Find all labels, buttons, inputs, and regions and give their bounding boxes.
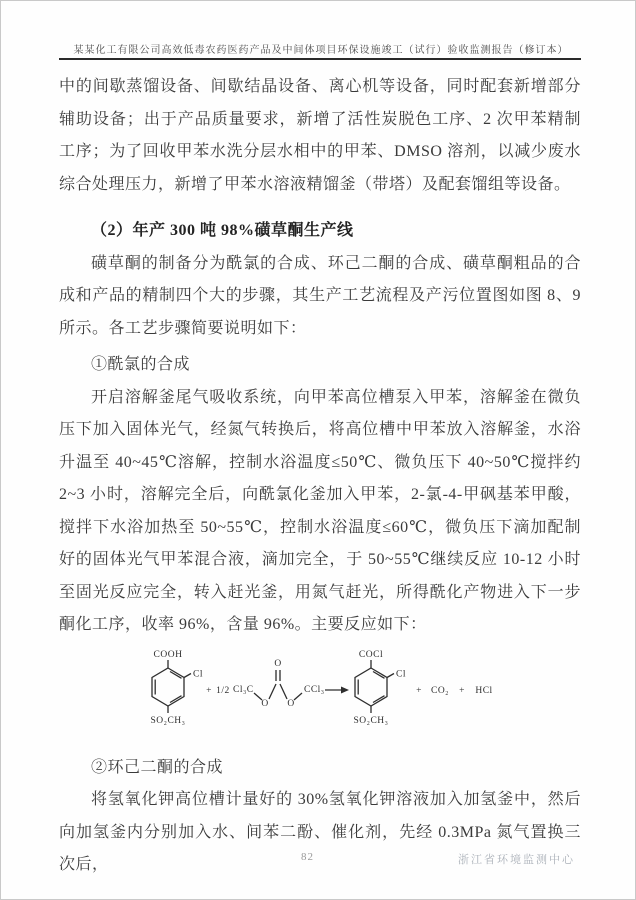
reaction-scheme-figure: COOH Cl SO₂CH₃ + 1/2 Cl₃C O O O CCl₃	[139, 648, 559, 748]
label-o-top: O	[274, 659, 281, 669]
benzene-ring-reactant	[152, 660, 191, 713]
label-cooh: COOH	[154, 650, 183, 660]
header-divider	[59, 58, 581, 60]
label-cl3c: Cl₃C	[233, 685, 254, 695]
label-o-left: O	[261, 699, 268, 709]
plus-sign-2: +	[416, 686, 422, 696]
label-so2ch3-reactant: SO₂CH₃	[151, 716, 186, 726]
paragraph-equipment-continuation: 中的间歇蒸馏设备、间歇结晶设备、离心机等设备，同时配套新增部分辅助设备；出于产品…	[59, 71, 581, 201]
page-number: 82	[301, 851, 314, 863]
paragraph-process-overview: 磺草酮的制备分为酰氯的合成、环己二酮的合成、磺草酮粗品的合成和产品的精制四个大的…	[59, 248, 581, 346]
reaction-arrow	[325, 686, 349, 693]
triphosgene-skeleton	[254, 670, 302, 700]
step1-heading-acyl-chloride: ①酰氯的合成	[59, 349, 581, 382]
coefficient-half: 1/2	[216, 686, 230, 696]
label-hcl: HCl	[475, 686, 492, 696]
footer-organization: 浙江省环境监测中心	[458, 851, 575, 867]
label-cocl: COCl	[359, 650, 383, 660]
label-cl-reactant: Cl	[193, 669, 203, 679]
section-heading-production-line: （2）年产 300 吨 98%磺草酮生产线	[59, 215, 581, 248]
page-header-title: 某某化工有限公司高效低毒农药医药产品及中间体项目环保设施竣工（试行）验收监测报告…	[61, 41, 581, 56]
label-so2ch3-product: SO₂CH₃	[354, 716, 389, 726]
label-cl-product: Cl	[396, 669, 406, 679]
plus-sign-1: +	[206, 686, 212, 696]
step2-heading-cyclohexanedione: ②环己二酮的合成	[59, 752, 581, 785]
plus-sign-3: +	[459, 686, 465, 696]
label-o-right: O	[287, 699, 294, 709]
label-ccl3: CCl₃	[304, 685, 325, 695]
paragraph-step1-description: 开启溶解釜尾气吸收系统，向甲苯高位槽泵入甲苯，溶解釜在微负压下加入固体光气，经氮…	[59, 382, 581, 642]
benzene-ring-product	[355, 660, 394, 713]
document-body: 中的间歇蒸馏设备、间歇结晶设备、离心机等设备，同时配套新增部分辅助设备；出于产品…	[59, 71, 581, 882]
document-page: 某某化工有限公司高效低毒农药医药产品及中间体项目环保设施竣工（试行）验收监测报告…	[0, 0, 636, 900]
label-co2: CO₂	[431, 686, 449, 696]
